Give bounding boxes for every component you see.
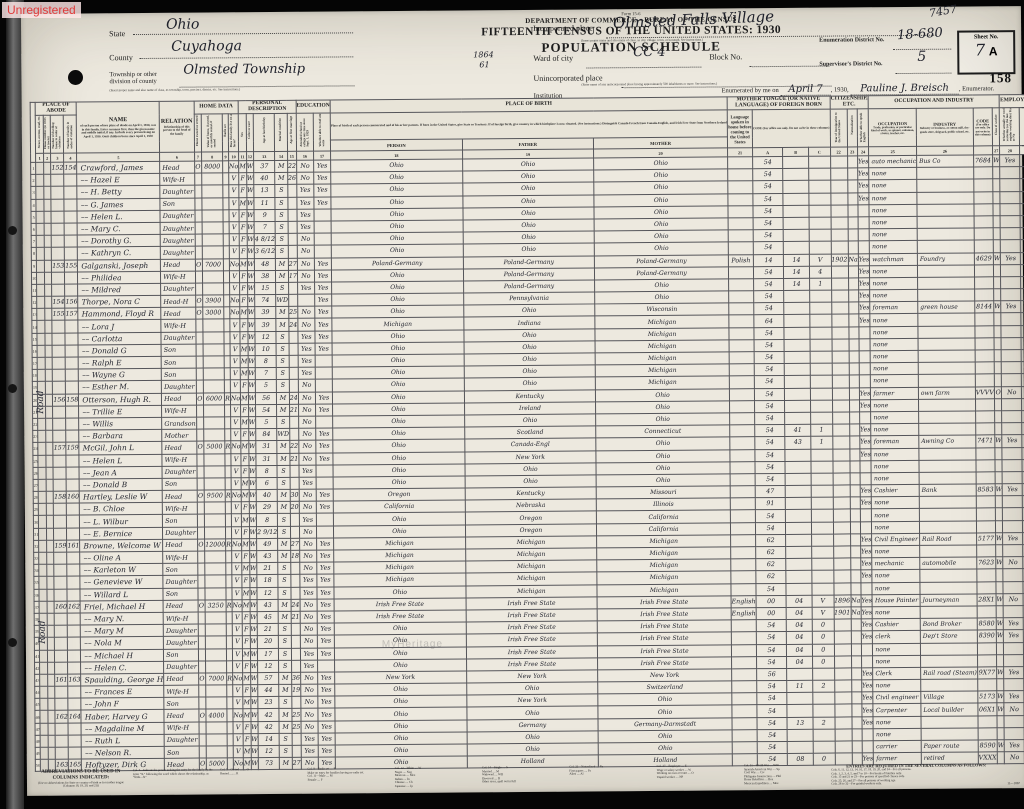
cell-pf: Ohio <box>462 158 594 171</box>
cell-fm: No <box>232 673 242 685</box>
cell-ow: O <box>195 307 203 319</box>
cell-sc: Yes <box>297 209 314 221</box>
cell-sc: No <box>298 416 315 428</box>
cell-ca: 54 <box>757 717 787 729</box>
cell-nt <box>847 205 857 217</box>
cell-st <box>36 211 44 223</box>
cell-dw <box>54 613 67 625</box>
cell-cl: W <box>997 667 1005 679</box>
cell-en <box>858 229 870 241</box>
cell-oc: Carpenter <box>873 704 921 717</box>
cell-nt <box>850 534 860 546</box>
cell-in <box>917 277 974 290</box>
cell-tg <box>728 205 753 217</box>
cell-mc: S <box>276 282 289 294</box>
cell-en: Yes <box>861 668 873 680</box>
group-header-5: EDUCATION <box>296 100 330 113</box>
cell-oc: Cashier <box>872 484 920 497</box>
cell-cd <box>974 228 993 240</box>
cell-in <box>917 204 974 217</box>
cell-dw <box>52 247 65 259</box>
cell-im <box>832 363 849 375</box>
cell-vl <box>203 344 224 356</box>
cell-cl: W <box>993 252 1001 264</box>
cell-rw <box>316 477 333 489</box>
cell-rl: Head <box>162 490 197 502</box>
cell-cb: 04 <box>786 607 812 619</box>
cell-rw <box>314 245 331 257</box>
cell-pb: Ohio <box>335 732 467 745</box>
cell-rw: Yes <box>318 721 335 733</box>
cell-am <box>288 246 297 258</box>
cell-sx: F <box>240 295 248 307</box>
cell-im <box>832 461 849 473</box>
cell-in <box>919 411 976 424</box>
col-tg-number: 21 <box>728 148 753 157</box>
cell-en: Yes <box>858 192 870 204</box>
cell-fm: V <box>229 185 239 197</box>
cell-rw <box>314 233 331 245</box>
cell-in <box>919 472 976 485</box>
cell-pb: Ohio <box>331 196 463 209</box>
cell-nm: –– Trillie E <box>79 405 162 418</box>
cell-em <box>1004 654 1024 666</box>
cell-dw <box>53 467 66 479</box>
cell-cc <box>810 327 832 339</box>
cell-ag: 40 <box>256 490 277 502</box>
cell-cc: 0 <box>812 619 834 631</box>
col-am-number: 15 <box>287 151 296 160</box>
cell-nm: –– Frances E <box>81 685 164 698</box>
cell-cb <box>786 534 812 546</box>
cell-pb: Ohio <box>332 305 464 318</box>
cell-nm: Hammond, Floyd R <box>78 308 161 321</box>
cell-in <box>919 447 976 460</box>
cell-pm: Ohio <box>594 206 728 219</box>
cell-nm: –– Mary M <box>81 624 164 637</box>
cell-fm: V <box>231 465 241 477</box>
cell-fm: V <box>230 368 240 380</box>
cell-ca: 54 <box>754 351 784 363</box>
cell-mc: S <box>279 745 292 757</box>
cell-im <box>832 424 849 436</box>
cell-sx: F <box>239 185 247 197</box>
col-dw-number: 3 <box>51 153 64 162</box>
cell-am <box>288 282 297 294</box>
cell-dw <box>51 199 64 211</box>
cell-oc: none <box>870 326 918 339</box>
cell-im <box>830 205 847 217</box>
cell-in <box>919 521 976 534</box>
cell-cl: W <box>997 691 1005 703</box>
cell-ca: 54 <box>753 217 783 229</box>
cell-hn <box>45 321 53 333</box>
cell-cd: 7471 <box>976 435 995 447</box>
cell-hn <box>44 187 52 199</box>
cell-nt <box>850 546 860 558</box>
cell-am <box>291 648 300 660</box>
cell-nm: –– Willis <box>79 417 162 430</box>
cell-nt <box>851 619 861 631</box>
cell-cb <box>783 242 809 254</box>
cell-pf: New York <box>465 450 597 463</box>
cell-sc: No <box>299 550 316 562</box>
cell-cd <box>976 447 995 459</box>
cell-cd: 9X77 <box>977 667 996 679</box>
cell-cl: W <box>996 630 1004 642</box>
cell-oc: none <box>871 375 919 388</box>
cell-en: Yes <box>861 558 873 570</box>
cell-hn <box>45 418 53 430</box>
cell-en: Yes <box>857 156 869 168</box>
cell-em <box>1004 679 1024 691</box>
cell-in <box>918 289 975 302</box>
cell-am <box>289 416 298 428</box>
cell-pf: Nebraska <box>465 499 597 512</box>
punch-hole <box>8 638 17 647</box>
cell-pm: Missouri <box>596 486 730 499</box>
cell-pf: Poland-Germany <box>463 280 595 293</box>
cell-mc: M <box>279 721 292 733</box>
cell-fm: No <box>231 490 241 502</box>
cell-fam: 156 <box>65 296 78 308</box>
cell-pf: Kentucky <box>464 389 596 402</box>
cell-nt <box>850 497 860 509</box>
cell-in <box>917 179 974 192</box>
cell-ag: 20 <box>257 636 278 648</box>
cell-vl <box>204 429 225 441</box>
cell-im <box>832 448 849 460</box>
cell-rl: Head <box>163 539 198 551</box>
cell-cb <box>785 497 811 509</box>
cell-pb: Ohio <box>333 427 465 440</box>
cell-rl: Son <box>164 746 199 758</box>
cell-sc: Yes <box>300 587 317 599</box>
cell-nt <box>850 473 860 485</box>
cell-sx: M <box>243 746 251 758</box>
cell-sc: Yes <box>299 465 316 477</box>
cell-tg <box>731 583 756 595</box>
cell-cb <box>783 193 809 205</box>
cell-hn <box>48 698 56 710</box>
cell-sc: Yes <box>297 197 314 209</box>
cell-fam <box>67 552 80 564</box>
cell-ow <box>197 466 205 478</box>
cell-sx: F <box>243 733 251 745</box>
cell-im <box>833 485 850 497</box>
cell-tg <box>729 364 754 376</box>
cell-vl <box>204 502 225 514</box>
cell-pb: Ohio <box>335 744 467 757</box>
cell-cb <box>784 339 810 351</box>
cell-cl <box>993 204 1001 216</box>
cell-nt <box>851 656 861 668</box>
cell-mc: S <box>276 246 289 258</box>
cell-cl <box>994 398 1002 410</box>
col-fm-number: 10 <box>228 152 238 161</box>
cell-en: Yes <box>861 631 873 643</box>
cell-st <box>38 430 46 442</box>
cell-cd <box>974 204 993 216</box>
cell-cd: VVVV <box>975 386 994 398</box>
cell-nt <box>848 217 858 229</box>
cell-un <box>1020 179 1024 191</box>
cell-tg <box>732 729 757 741</box>
cell-cl <box>994 338 1002 350</box>
cell-nm: –– Oline A <box>80 551 163 564</box>
cell-oc: none <box>870 277 918 290</box>
cell-em <box>1001 325 1021 337</box>
cell-cb <box>784 315 810 327</box>
cell-cl <box>995 423 1003 435</box>
cell-nm: –– Mary N. <box>81 612 164 625</box>
cell-rc: W <box>250 697 258 709</box>
cell-am <box>290 514 299 526</box>
cell-en <box>859 412 871 424</box>
cell-cd <box>976 508 995 520</box>
cell-cd <box>973 167 992 179</box>
cell-rc: W <box>249 490 257 502</box>
cell-cb: 41 <box>785 424 811 436</box>
cell-pf: Irish Free State <box>466 645 598 658</box>
cell-cd <box>977 654 996 666</box>
cell-tg <box>730 486 755 498</box>
cell-fam <box>67 564 80 576</box>
cell-rc: W <box>251 709 259 721</box>
cell-pm: Ohio <box>598 693 732 706</box>
cell-nm: –– Mary C. <box>77 222 160 235</box>
cell-sc: Yes <box>298 343 315 355</box>
cell-oc: none <box>869 216 917 229</box>
cell-nm: –– H. Betty <box>77 186 160 199</box>
cell-ca: 47 <box>755 486 785 498</box>
cell-sc <box>297 294 314 306</box>
cell-pf: Ohio <box>463 219 595 232</box>
cell-hn <box>45 382 53 394</box>
cell-sc: Yes <box>297 185 314 197</box>
cell-sc: Yes <box>297 282 314 294</box>
cell-cd: 5173 <box>978 691 997 703</box>
cell-nm: Haber, Harvey G <box>81 710 164 723</box>
sheet-number-box: Sheet No. 7 A <box>957 30 1015 74</box>
cell-nt <box>850 521 860 533</box>
cell-nt <box>847 192 857 204</box>
block-line <box>749 56 829 68</box>
cell-fam <box>67 576 80 588</box>
cell-rw: Yes <box>317 611 334 623</box>
cell-st <box>38 467 46 479</box>
cell-ag: 42 <box>258 709 279 721</box>
cell-ow <box>196 380 204 392</box>
cell-ca: 54 <box>757 693 787 705</box>
cell-fm: V <box>229 197 239 209</box>
cell-cd <box>974 264 993 276</box>
cell-tg <box>730 437 755 449</box>
cell-tg: Polish <box>728 254 753 266</box>
cell-em: Yes <box>1004 691 1024 703</box>
cell-vl <box>204 466 225 478</box>
cell-pm: Ohio <box>596 462 730 475</box>
cell-vl <box>205 636 226 648</box>
cell-nt <box>850 558 860 570</box>
cell-vl <box>203 368 224 380</box>
cell-mc: M <box>276 258 289 270</box>
cell-mc: M <box>278 502 291 514</box>
cell-nt <box>851 643 861 655</box>
cell-rw: Yes <box>317 647 334 659</box>
cell-nm: Crawford, James <box>77 161 160 174</box>
cell-rl: Daughter <box>160 185 195 197</box>
cell-cd <box>977 581 996 593</box>
cell-pb: Ohio <box>335 707 467 720</box>
cell-ca: 54 <box>754 400 784 412</box>
cell-fm: No <box>231 539 241 551</box>
cell-dw <box>55 723 68 735</box>
cell-ow <box>197 478 205 490</box>
cell-dw <box>54 576 67 588</box>
cell-pf: Michigan <box>465 572 597 585</box>
cell-oc: none <box>870 229 918 242</box>
cell-cd: 8390 <box>977 630 996 642</box>
cell-st <box>41 747 49 759</box>
cell-sx: F <box>239 234 247 246</box>
cell-em <box>1000 216 1020 228</box>
cell-ca: 54 <box>753 181 783 193</box>
cell-ow: O <box>199 709 207 721</box>
cell-hn <box>44 199 52 211</box>
cell-cb: 04 <box>786 632 812 644</box>
cell-rc: W <box>246 185 254 197</box>
cell-st <box>36 199 44 211</box>
cell-fam <box>66 381 79 393</box>
cell-rl: Daughter <box>164 661 199 673</box>
cell-rw: Yes <box>316 501 333 513</box>
cell-sx: M <box>243 673 251 685</box>
cell-pm: Wisconsin <box>595 303 729 316</box>
cell-em: Yes <box>1005 740 1024 752</box>
cell-cc: 0 <box>812 656 834 668</box>
pob-note: Place of birth of each person enumerated… <box>330 110 727 140</box>
hw-code-top: 1864 <box>473 50 493 59</box>
cell-rl: Mother <box>162 429 197 441</box>
col-cd-number <box>973 146 992 155</box>
cell-ag: 84 <box>256 429 277 441</box>
census-scan-page: { "watermark": "Unregistered", "stamp_nu… <box>0 0 1024 809</box>
cell-tg <box>729 376 754 388</box>
cell-rw: Yes <box>316 428 333 440</box>
cell-sx: M <box>242 538 250 550</box>
cell-cc <box>813 692 835 704</box>
cell-sc: Yes <box>300 660 317 672</box>
cell-en <box>858 205 870 217</box>
cell-rc: W <box>247 197 255 209</box>
col-rw-header: Whether able to read and write <box>313 113 330 151</box>
cell-oc: none <box>871 363 919 376</box>
cell-sx: F <box>243 636 251 648</box>
cell-rl: Wife-H <box>164 722 199 734</box>
cell-pf: Germany <box>467 719 599 732</box>
cell-nt <box>851 668 861 680</box>
cell-cb <box>783 168 809 180</box>
col-mc-number: 14 <box>275 151 288 160</box>
cell-nm: –– Wayne G <box>79 369 162 382</box>
cell-sc: Yes <box>300 648 317 660</box>
cell-nt <box>850 485 860 497</box>
cell-rc: W <box>250 612 258 624</box>
cell-en: Yes <box>862 692 874 704</box>
cell-fm: V <box>232 660 242 672</box>
cell-ow <box>199 746 207 758</box>
cell-rw: Yes <box>314 184 331 196</box>
cell-am <box>290 477 299 489</box>
cell-ow <box>198 588 206 600</box>
cell-rl: Son <box>161 368 196 380</box>
cell-pb: Ohio <box>331 171 463 184</box>
cell-rl: Daughter <box>162 466 197 478</box>
cell-em <box>1003 545 1023 557</box>
cell-ow <box>198 612 206 624</box>
cell-im <box>834 704 851 716</box>
cell-fm: V <box>232 648 242 660</box>
cell-em <box>1003 569 1023 581</box>
cell-vl <box>206 661 227 673</box>
cell-st <box>40 699 48 711</box>
cell-ow <box>194 185 202 197</box>
cell-in <box>918 313 975 326</box>
cell-rw: Yes <box>316 440 333 452</box>
cell-rc: W <box>249 563 257 575</box>
cell-ow <box>198 636 206 648</box>
cell-nm: –– Mildred <box>78 283 161 296</box>
cell-am <box>289 380 298 392</box>
cell-am <box>288 209 297 221</box>
cell-sc: No <box>300 611 317 623</box>
cell-sc: Yes <box>301 745 318 757</box>
cell-cc <box>813 705 835 717</box>
cell-dw: 161 <box>55 674 68 686</box>
cell-am <box>291 575 300 587</box>
cell-rc: W <box>246 161 254 173</box>
cell-hn <box>46 430 54 442</box>
cell-mc: WD <box>277 428 290 440</box>
cell-st <box>40 674 48 686</box>
cell-fam <box>65 235 78 247</box>
cell-fm: V <box>229 222 239 234</box>
cell-cl: W <box>993 155 1001 167</box>
cell-dw <box>55 698 68 710</box>
cell-cd <box>976 545 995 557</box>
cell-tg <box>730 461 755 473</box>
cell-pm: California <box>597 523 731 536</box>
cell-nm: –– G. James <box>77 198 160 211</box>
cell-cc <box>809 217 831 229</box>
cell-mc: M <box>279 684 292 696</box>
cell-cl <box>994 289 1002 301</box>
col-rl-number: 6 <box>160 152 194 161</box>
cell-cl: W <box>994 301 1002 313</box>
cell-cc: 1 <box>811 436 833 448</box>
cell-ag: 74 <box>255 295 276 307</box>
cell-am: 25 <box>292 721 301 733</box>
cell-pm: Ohio <box>598 742 732 755</box>
cell-mc: WD <box>276 294 289 306</box>
cell-mc: S <box>279 733 292 745</box>
cell-am <box>292 733 301 745</box>
cell-rl: Son <box>160 198 195 210</box>
cell-cc <box>811 461 833 473</box>
cell-em <box>1002 398 1022 410</box>
cell-cc <box>810 339 832 351</box>
